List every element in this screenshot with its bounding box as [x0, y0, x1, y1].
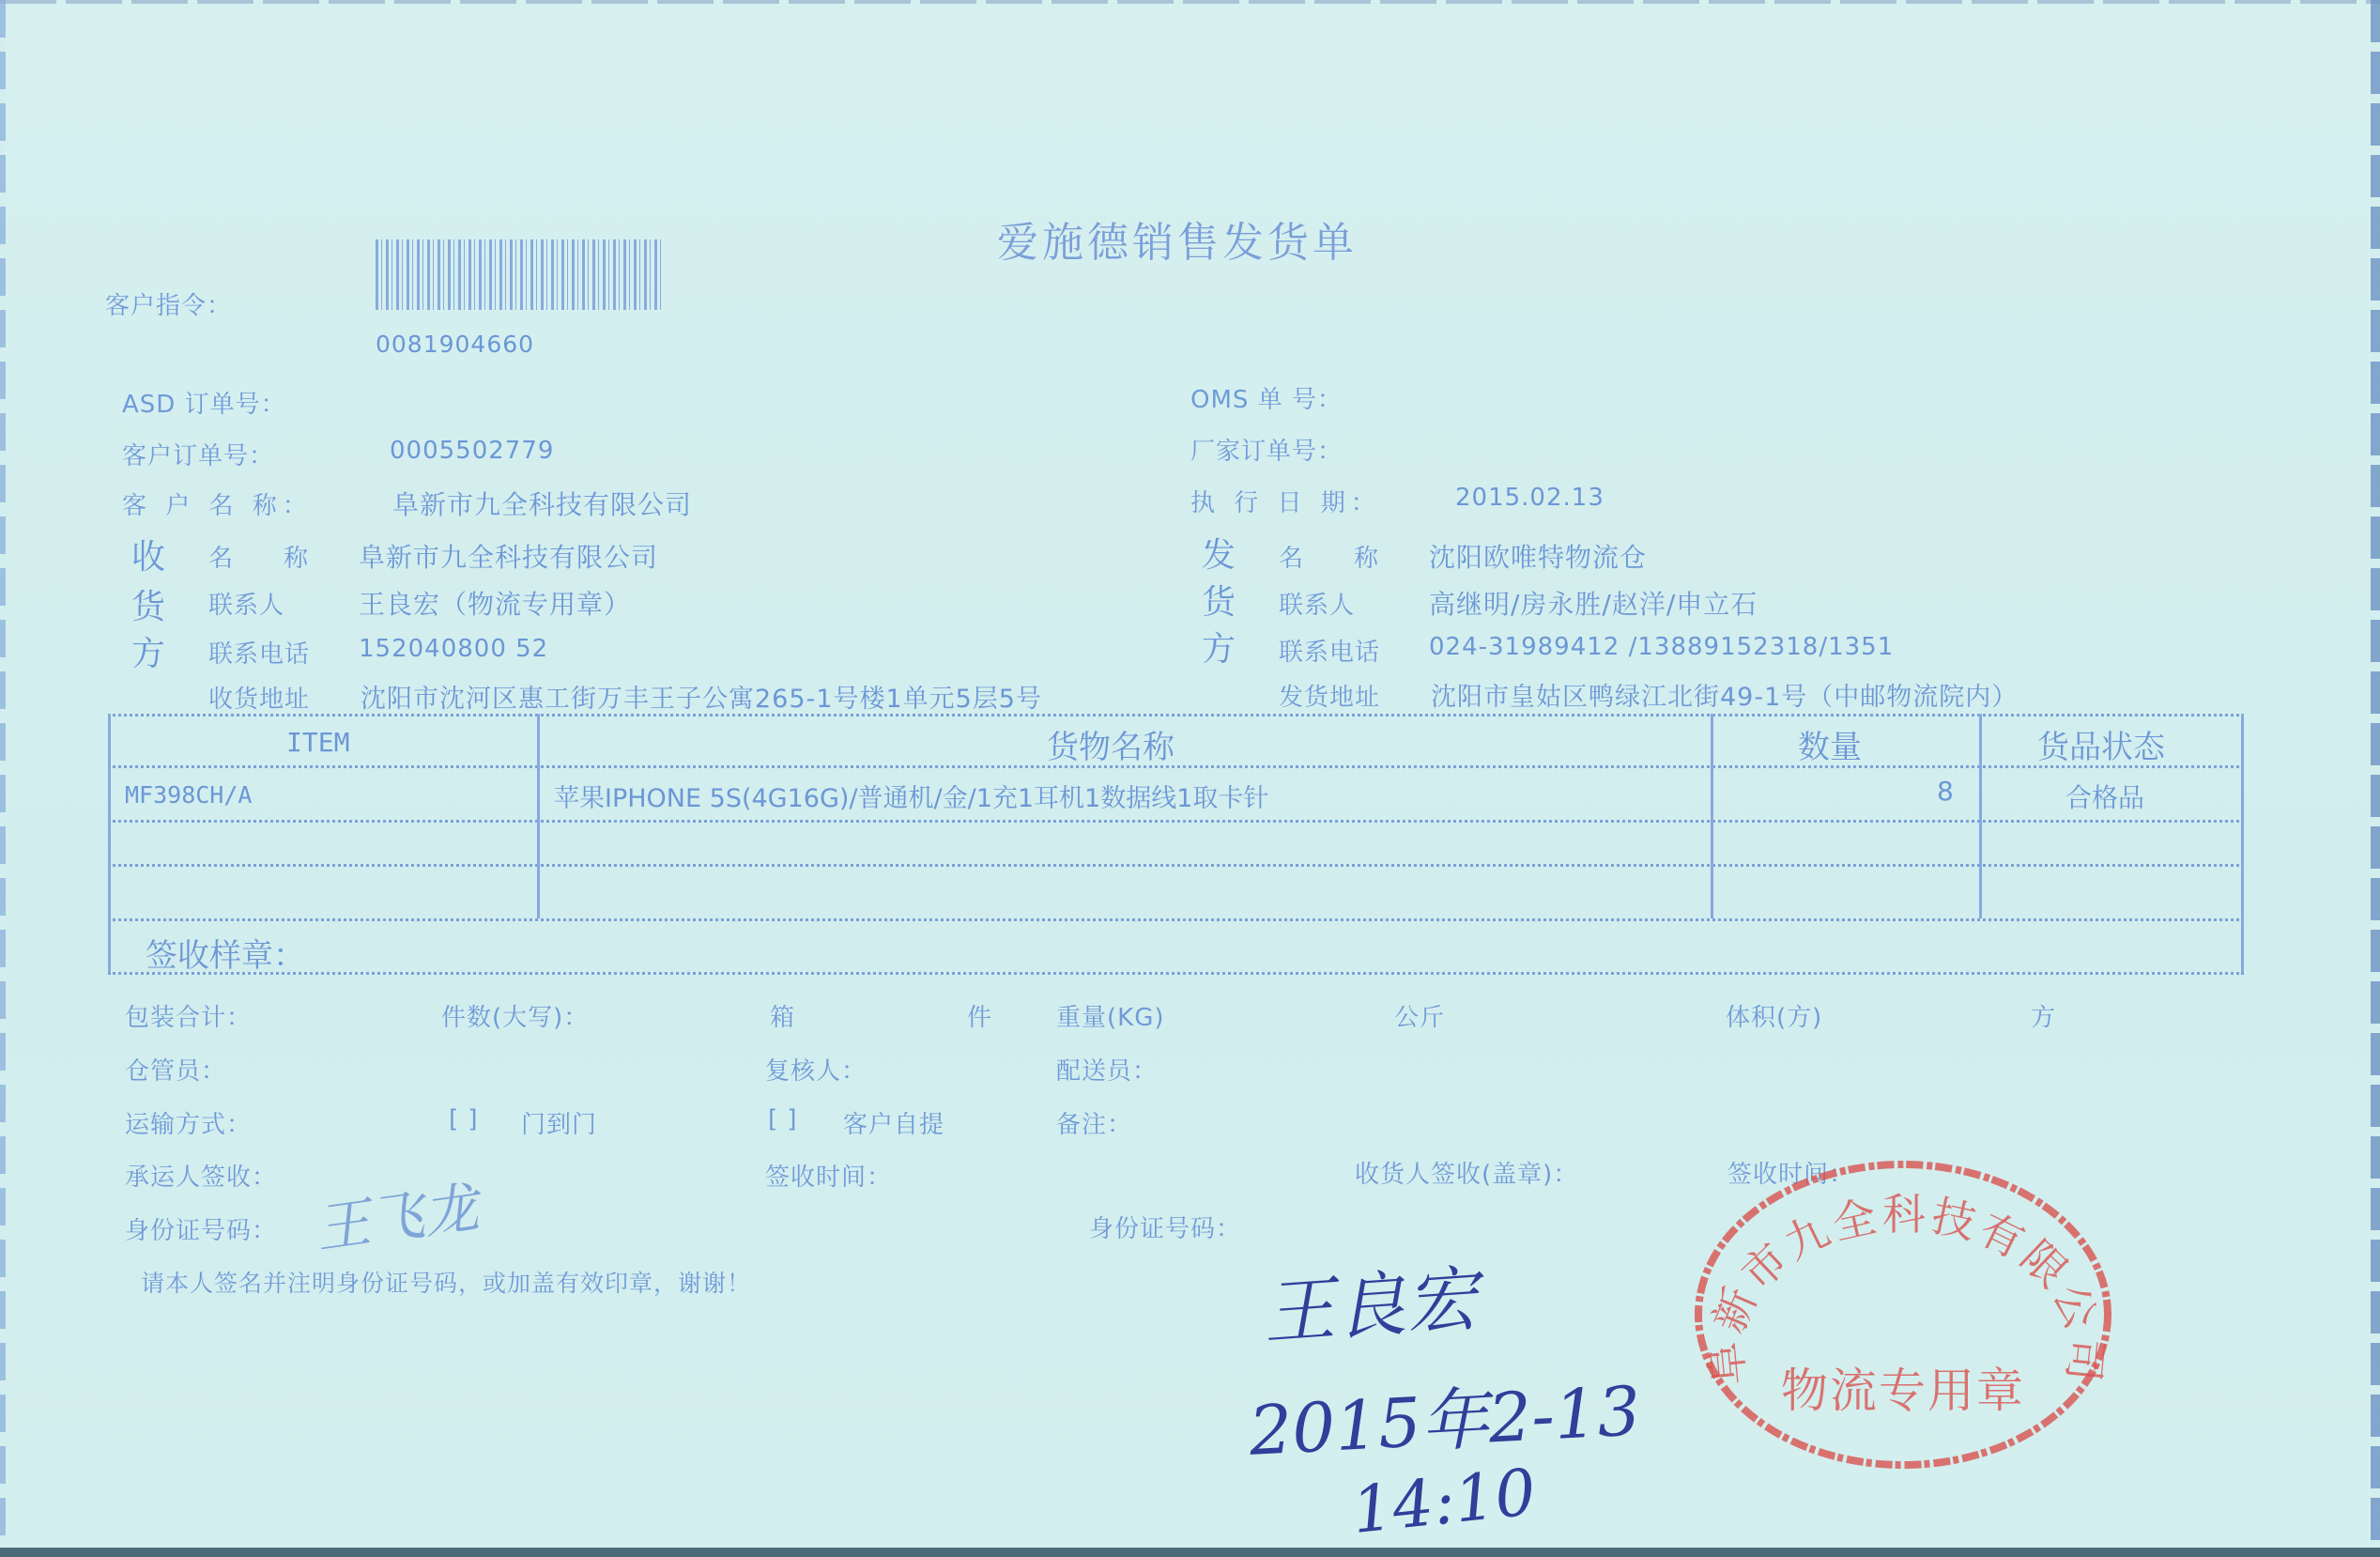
table-col-divider	[1711, 714, 1713, 918]
factory-order-label: 厂家订单号：	[1190, 432, 1343, 467]
sender-phone-value: 024-31989412 /13889152318/1351	[1429, 633, 1894, 661]
barcode-icon	[376, 239, 662, 310]
sender-address-value: 沈阳市皇姑区鸭绿江北街49-1号（中邮物流院内）	[1431, 676, 2018, 713]
table-border-right	[2241, 714, 2244, 972]
paper-left-perforation	[0, 0, 6, 1557]
header-quantity: 数量	[1798, 721, 1862, 767]
id-number-label-right: 身份证号码：	[1089, 1210, 1241, 1244]
sender-contact-label: 联系人	[1279, 586, 1355, 621]
customer-instruction-number: 0081904660	[376, 331, 534, 358]
piece-label: 件	[967, 998, 992, 1033]
receiver-signature: 王良宏	[1259, 1241, 1480, 1359]
customer-order-value: 0005502779	[390, 437, 554, 465]
document-title: 爱施德销售发货单	[997, 208, 1358, 269]
header-item: ITEM	[286, 727, 349, 758]
sender-phone-label: 联系电话	[1279, 633, 1380, 668]
weight-label: 重量(KG)	[1056, 998, 1165, 1033]
receiver-contact-value: 王良宏（物流专用章）	[359, 584, 631, 622]
transport-label: 运输方式：	[125, 1105, 252, 1140]
table-border-top	[108, 714, 2244, 717]
paper-bottom-edge	[0, 1548, 2380, 1557]
warehouse-label: 仓管员：	[125, 1052, 226, 1087]
exec-date-label: 执 行 日 期：	[1190, 484, 1381, 518]
table-row-divider	[108, 864, 2244, 867]
remark-label: 备注：	[1056, 1105, 1132, 1140]
receiver-sign-label: 收货人签收(盖章)：	[1355, 1155, 1578, 1190]
receiver-side-char-3: 方	[131, 627, 166, 675]
receiver-address-value: 沈阳市沈河区惠工街万丰王子公寓265-1号楼1单元5层5号	[361, 678, 1042, 715]
sign-time-label: 签收时间：	[765, 1158, 892, 1193]
receiver-name-label: 名 称	[208, 539, 321, 574]
sender-address-label: 发货地址	[1279, 678, 1380, 713]
stamp-ring-text: 阜新市九全科技有限公司	[1699, 1189, 2112, 1387]
table-col-divider	[1979, 714, 1982, 918]
reviewer-label: 复核人：	[765, 1052, 867, 1087]
table-row-divider	[108, 918, 2244, 921]
row1-goods-status: 合格品	[2065, 778, 2144, 815]
sign-notice: 请本人签名并注明身份证号码，或加盖有效印章，谢谢！	[141, 1265, 751, 1299]
sender-name-label: 名 称	[1279, 539, 1391, 574]
oms-label: OMS 单 号：	[1190, 380, 1343, 415]
sender-side-char-1: 发	[1202, 529, 1236, 577]
self-pickup-label: 客户自提	[843, 1105, 944, 1140]
paper-right-perforation	[2371, 0, 2380, 1557]
receiver-side-char-2: 货	[131, 580, 166, 628]
receiver-address-label: 收货地址	[208, 680, 310, 715]
customer-name-value: 阜新市九全科技有限公司	[392, 485, 692, 522]
customer-order-label: 客户订单号：	[122, 437, 274, 471]
table-col-divider	[537, 714, 540, 918]
table-header-divider	[108, 765, 2244, 768]
door-to-door-checkbox[interactable]: [ ]	[449, 1105, 479, 1133]
exec-date-value: 2015.02.13	[1455, 484, 1605, 512]
box-label: 箱	[770, 998, 795, 1033]
self-pickup-checkbox[interactable]: [ ]	[768, 1105, 798, 1133]
handwritten-sign-date: 2015年2-13	[1247, 1356, 1643, 1474]
header-goods-status: 货品状态	[2037, 721, 2165, 767]
sender-side-char-3: 方	[1202, 623, 1236, 671]
id-number-label-left: 身份证号码：	[125, 1211, 277, 1246]
carrier-sign-label: 承运人签收：	[125, 1158, 277, 1193]
volume-unit: 方	[2031, 998, 2056, 1033]
header-goods-name: 货物名称	[1047, 721, 1175, 767]
sender-name-value: 沈阳欧唯特物流仓	[1429, 537, 1647, 575]
customer-name-label: 客 户 名 称：	[122, 486, 313, 521]
sign-sample-label: 签收样章：	[146, 930, 305, 976]
asd-order-label: ASD 订单号：	[122, 385, 286, 420]
kg-label: 公斤	[1394, 998, 1445, 1033]
receiver-contact-label: 联系人	[208, 586, 284, 621]
receiver-phone-label: 联系电话	[208, 635, 310, 670]
package-total-label: 包装合计：	[125, 998, 252, 1033]
table-border-bottom	[108, 972, 2244, 975]
paper-top-edge	[0, 0, 2380, 4]
delivery-label: 配送员：	[1056, 1052, 1158, 1087]
stamp-center-text: 物流专用章	[1781, 1364, 2025, 1418]
receiver-side-char-1: 收	[131, 531, 166, 578]
row1-quantity: 8	[1937, 776, 1954, 807]
receiver-name-value: 阜新市九全科技有限公司	[359, 537, 658, 575]
row1-item: MF398CH/A	[125, 781, 252, 809]
volume-label: 体积(方)	[1726, 998, 1822, 1033]
table-border-left	[108, 714, 111, 972]
customer-instruction-label: 客户指令：	[105, 286, 232, 321]
goods-table: ITEM 货物名称 数量 货品状态 MF398CH/A 苹果IPHONE 5S(…	[108, 714, 2244, 972]
sender-side-char-2: 货	[1202, 576, 1236, 624]
company-seal-stamp: 阜新市九全科技有限公司 物流专用章	[1690, 1155, 2117, 1474]
pieces-label: 件数(大写)：	[441, 998, 589, 1033]
sender-contact-value: 高继明/房永胜/赵洋/申立石	[1429, 584, 1758, 622]
table-row-divider	[108, 820, 2244, 823]
row1-goods-name: 苹果IPHONE 5S(4G16G)/普通机/金/1充1耳机1数据线1取卡针	[554, 778, 1268, 814]
receiver-phone-value: 152040800 52	[359, 635, 548, 663]
door-to-door-label: 门到门	[521, 1105, 597, 1140]
